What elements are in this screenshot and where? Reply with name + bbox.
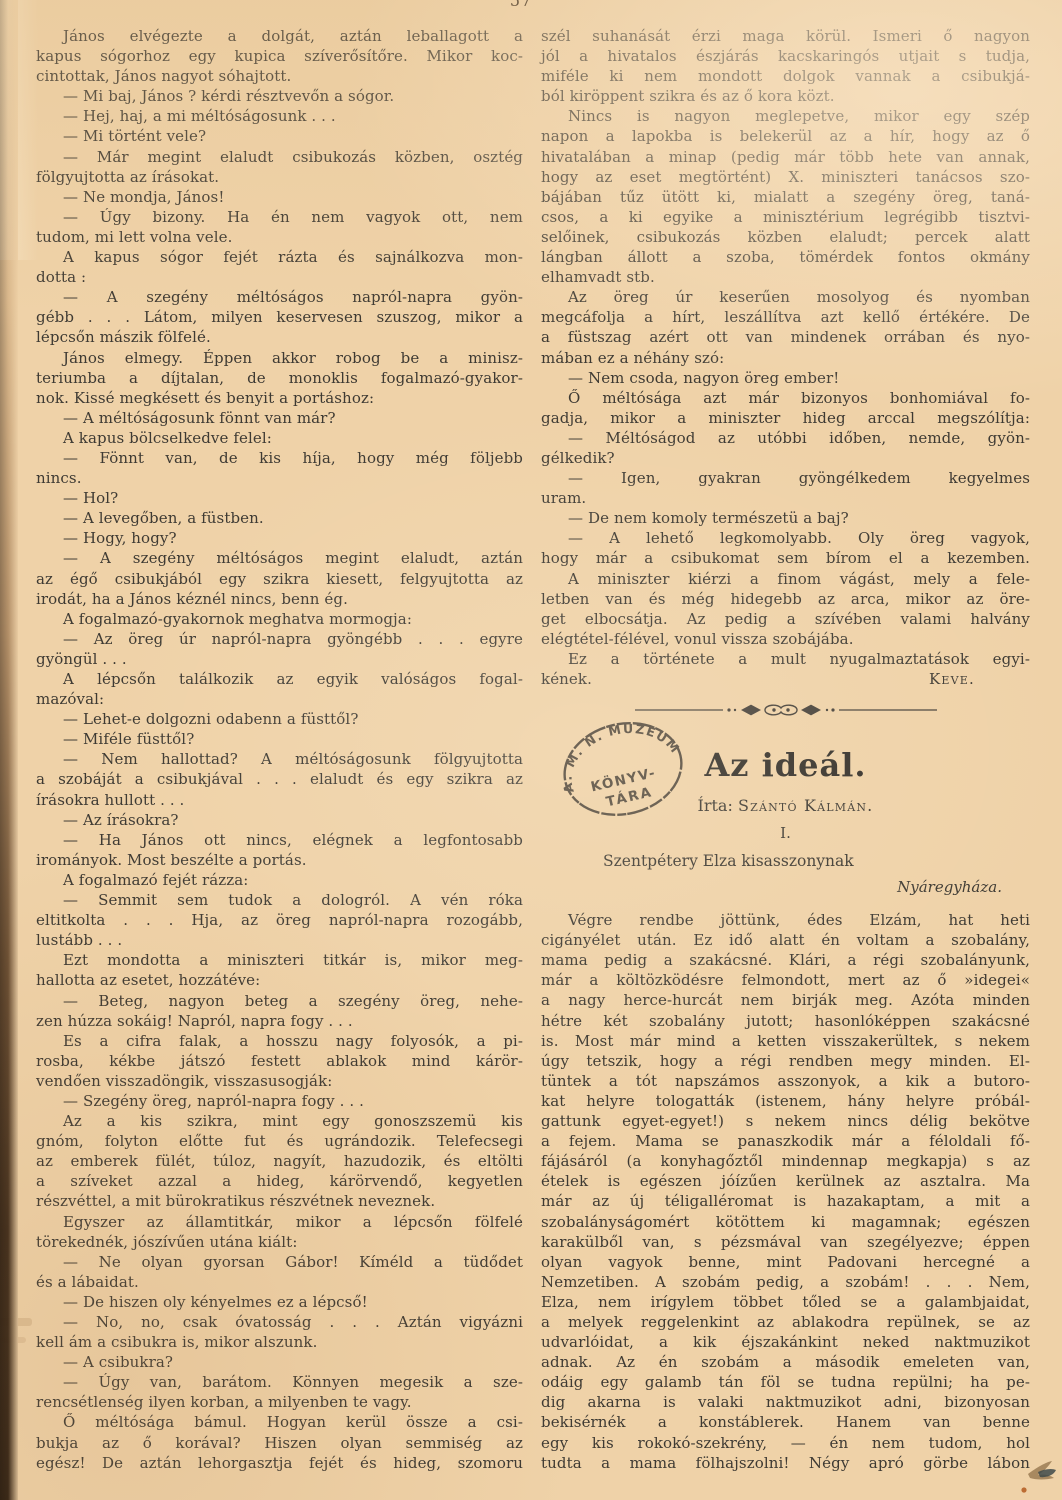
text-line: elhamvadt stb. <box>541 267 1030 287</box>
text-line: nincs. <box>36 468 523 488</box>
text-line: — De hiszen oly kényelmes ez a lépcső! <box>36 1292 523 1312</box>
text-line: — Nem csoda, nagyon öreg ember! <box>541 368 1030 388</box>
text-line: — Ne olyan gyorsan Gábor! Kíméld a tüdőd… <box>36 1252 523 1272</box>
text-line: karakülből van, s pézsmával van szegélye… <box>541 1232 1030 1252</box>
text-line: irodát, ha a János kéznél nincs, benn ég… <box>36 589 523 609</box>
text-line: letben van és még hidegebb az arca, miko… <box>541 589 1030 609</box>
text-line: — Mi baj, János ? kérdi résztvevőn a sóg… <box>36 86 523 106</box>
text-line: mazóval: <box>36 689 523 709</box>
text-line: jól a hivatalos észjárás kacskaringós ut… <box>541 46 1030 66</box>
text-line: Végre rendbe jöttünk, édes Elzám, hat he… <box>541 910 1030 930</box>
text-line: Ezt mondotta a miniszteri titkár is, mik… <box>36 950 523 970</box>
text-line: — No, no, csak óvatosság . . . Aztán vig… <box>36 1312 523 1332</box>
text-line: is. Most már mind a ketten visszakerülte… <box>541 1031 1030 1051</box>
text-line: a fejem. Mama se panaszkodik már a félol… <box>541 1131 1030 1151</box>
text-line: olyan vagyok benne, mint Padovani herceg… <box>541 1252 1030 1272</box>
text-line: szél suhanását érzi maga körül. Ismeri ő… <box>541 26 1030 46</box>
text-line: — A csibukra? <box>36 1352 523 1372</box>
text-line: get elbocsátja. Az pedig a szívében vala… <box>541 609 1030 629</box>
text-line: miféle ki nem mondott dolgok vannak a cs… <box>541 66 1030 86</box>
text-line: irományok. Most beszélte a portás. <box>36 850 523 870</box>
text-line: kat helyre tologatták (istenem, hány hel… <box>541 1091 1030 1111</box>
letter-text: Végre rendbe jöttünk, édes Elzám, hat he… <box>541 910 1030 1473</box>
text-line: udvarlóidat, a kik éjszakánkint neked na… <box>541 1332 1030 1352</box>
text-line: a szobáját a csibukjával . . . elaludt é… <box>36 769 523 789</box>
text-line: lépcsőn mászik fölfelé. <box>36 327 523 347</box>
text-line: cigányélet után. Ez idő alatt én voltam … <box>541 930 1030 950</box>
text-line: lángban állott a szoba, tömérdek fontos … <box>541 247 1030 267</box>
text-line: írásokra hullott . . . <box>36 790 523 810</box>
text-line: — Fönnt van, de kis híja, hogy még följe… <box>36 448 523 468</box>
text-line: és a lábaidat. <box>36 1272 523 1292</box>
text-line: szobalányságomért kötöttem ki magamnak; … <box>541 1212 1030 1232</box>
text-line: — Ha János ott nincs, elégnek a legfonto… <box>36 830 523 850</box>
text-line: János elvégezte a dolgát, aztán leballag… <box>36 26 523 46</box>
text-line: ételek is egészen jóízűen kerülnek az as… <box>541 1171 1030 1191</box>
text-line: az égő csibukjából egy szikra kiesett, f… <box>36 569 523 589</box>
text-line: dotta : <box>36 267 523 287</box>
text-line: cintottak, János nagyot sóhajtott. <box>36 66 523 86</box>
text-line: nok. Kissé megkésett és benyit a portásh… <box>36 388 523 408</box>
text-line: elégtétel-félével, vonul vissza szobájáb… <box>541 629 1030 649</box>
dedication-line: Szentpétery Elza kisasszonynak <box>541 851 1030 872</box>
text-line: hétre két szobalány jutott; hasonlóképpe… <box>541 1011 1030 1031</box>
text-line: törekednék, jószívűen utána kiált: <box>36 1232 523 1252</box>
story-end-text: szél suhanását érzi maga körül. Ismeri ő… <box>541 26 1030 689</box>
binding-shadow <box>0 0 18 1500</box>
text-line: hallotta az esetet, hozzátéve: <box>36 970 523 990</box>
author-signature: Keve. <box>929 669 975 689</box>
text-line: adnak. Az én szobám a második emeleten v… <box>541 1352 1030 1372</box>
text-line: — Nem hallottad? A méltóságosunk fölgyuj… <box>36 749 523 769</box>
text-line: hogy az eset megtörtént) X. miniszteri t… <box>541 167 1030 187</box>
text-line: Es a cifra falak, a hosszu nagy folyosók… <box>36 1031 523 1051</box>
text-line: — Az öreg úr napról-napra gyöngébb . . .… <box>36 629 523 649</box>
text-line: hivatalában a minap (pedig már több hete… <box>541 147 1030 167</box>
text-line: — Miféle füsttől? <box>36 729 523 749</box>
text-line: eltitkolta . . . Hja, az öreg napról-nap… <box>36 910 523 930</box>
text-line: mama pedig a szakácsné. Klári, a régi sz… <box>541 950 1030 970</box>
text-line: — Úgy bizony. Ha én nem vagyok ott, nem <box>36 207 523 227</box>
text-line: — A levegőben, a füstben. <box>36 508 523 528</box>
text-line: egy kis rokokó-szekrény, — én nem tudom,… <box>541 1433 1030 1453</box>
text-line: egész! De aztán lehorgasztja fejét és hi… <box>36 1453 523 1473</box>
text-line: bukja az ő korával? Hiszen olyan semmisé… <box>36 1433 523 1453</box>
text-line: rosba, kékbe játszó festett ablakok mind… <box>36 1051 523 1071</box>
text-line: — Ne mondja, János! <box>36 187 523 207</box>
text-line: — Hej, haj, a mi méltóságosunk . . . <box>36 106 523 126</box>
text-line: napon a lapokba is belekerül az a hír, h… <box>541 126 1030 146</box>
text-line: — Hogy, hogy? <box>36 528 523 548</box>
text-line: Egyszer az államtitkár, mikor a lépcsőn … <box>36 1212 523 1232</box>
text-line: gattunk egyet-egyet!) s nekem nincs déli… <box>541 1111 1030 1131</box>
text-line: Ez a története a mult nyugalmaztatások e… <box>541 649 1030 669</box>
text-line: mában ez a néhány szó: <box>541 348 1030 368</box>
text-line: a melyek reggelenkint az ablakodra repül… <box>541 1312 1030 1332</box>
text-line: — Semmit sem tudok a dologról. A vén rók… <box>36 890 523 910</box>
text-line: — A szegény méltóságos megint elaludt, a… <box>36 548 523 568</box>
dateline: Nyáregyháza. <box>541 877 1030 898</box>
text-line: kapus sógorhoz egy kupica szíverősítőre.… <box>36 46 523 66</box>
text-line: A kapus bölcselkedve felel: <box>36 428 523 448</box>
text-line: a füstszag azért ott van mindenek orrába… <box>541 327 1030 347</box>
text-line: tüntek a tót napszámos asszonyok, a kik … <box>541 1071 1030 1091</box>
text-line: tudta a mama fölhajszolni! Négy apró gör… <box>541 1453 1030 1473</box>
text-line: az emberek fülét, túloz, nagyít, hazudoz… <box>36 1151 523 1171</box>
text-line: a szíveket azzal a hideg, kárörvendő, ke… <box>36 1171 523 1191</box>
text-line: Nincs is nagyon meglepetve, mikor egy sz… <box>541 106 1030 126</box>
text-line: Ő méltósága bámul. Hogyan kerül össze a … <box>36 1412 523 1432</box>
text-line: gnóm, folyton előtte fut és ugrándozik. … <box>36 1131 523 1151</box>
text-line: Nemzetiben. A szobám pedig, a szobám! . … <box>541 1272 1030 1292</box>
text-line: — Már megint elaludt csibukozás közben, … <box>36 147 523 167</box>
text-line: fölgyujtotta az írásokat. <box>36 167 523 187</box>
text-line: csos, a ki egyike a minisztérium legrégi… <box>541 207 1030 227</box>
text-line: lustább . . . <box>36 930 523 950</box>
text-line: ból kiröppent szikra és az ő kora közt. <box>541 86 1030 106</box>
text-line: Elza, nem irígylem többet tőled se a gal… <box>541 1292 1030 1312</box>
text-line: vendően visszadöngik, visszasusogják: <box>36 1071 523 1091</box>
text-line: — A méltóságosunk fönnt van már? <box>36 408 523 428</box>
scanned-page: 57 János elvégezte a dolgát, aztán lebal… <box>0 0 1062 1500</box>
text-line: már az új téligalléromat is hazakaptam, … <box>541 1191 1030 1211</box>
page-number: 57 <box>506 0 536 10</box>
text-line: Az a kis szikra, mint egy gonoszszemü ki… <box>36 1111 523 1131</box>
text-line: A fogalmazó fejét rázza: <box>36 870 523 890</box>
text-line: selőinek, csibukozás közben elaludt; per… <box>541 227 1030 247</box>
text-line: gadja, mikor a miniszter hideg arccal me… <box>541 408 1030 428</box>
text-line: hogy már a csibukomat sem bírom el a kez… <box>541 548 1030 568</box>
text-line: A kapus sógor fejét rázta és sajnálkozva… <box>36 247 523 267</box>
text-line: bekisérnék a konstáblerek. Hanem van ben… <box>541 1412 1030 1432</box>
text-line: odáig egy galamb tán föl se tudna repüln… <box>541 1372 1030 1392</box>
text-line: gélkedik? <box>541 448 1030 468</box>
text-line: — Szegény öreg, napról-napra fogy . . . <box>36 1091 523 1111</box>
text-line: fájásáról (a konyhagőztől mindennap megk… <box>541 1151 1030 1171</box>
text-line: — Hol? <box>36 488 523 508</box>
text-line: kell ám a csibukra is, mikor alszunk. <box>36 1332 523 1352</box>
text-line: — Méltóságod az utóbbi időben, nemde, gy… <box>541 428 1030 448</box>
text-line: — Az írásokra? <box>36 810 523 830</box>
ink-smudge <box>1008 1448 1062 1498</box>
text-line: Ő méltósága azt már bizonyos bonhomiával… <box>541 388 1030 408</box>
text-line: a nagy herce-hurcát nem birják meg. Azót… <box>541 990 1030 1010</box>
text-line: — Beteg, nagyon beteg a szegény öreg, ne… <box>36 991 523 1011</box>
text-line: — A szegény méltóságos napról-napra gyön… <box>36 287 523 307</box>
text-line: A miniszter kiérzi a finom vágást, mely … <box>541 569 1030 589</box>
left-column: János elvégezte a dolgát, aztán leballag… <box>36 26 523 1473</box>
text-line: dig akarna is valaki naktmuzikot adni, b… <box>541 1392 1030 1412</box>
text-line: részvéttel, a mit bürokratikus részvétne… <box>36 1191 523 1211</box>
text-line: Az öreg úr keserűen mosolyog és nyomban <box>541 287 1030 307</box>
text-line: uram. <box>541 488 1030 508</box>
text-line: teriumba a díjtalan, de monoklis fogalma… <box>36 368 523 388</box>
text-line: rencsétlenség ilyen korban, a milyenben … <box>36 1392 523 1412</box>
text-line: — Lehet-e dolgozni odabenn a füsttől? <box>36 709 523 729</box>
text-line: bájában tűz ütött ki, mialatt a szegény … <box>541 187 1030 207</box>
byline-author: Szántó Kálmán. <box>738 796 874 815</box>
text-line: gyöngül . . . <box>36 649 523 669</box>
text-line: — A lehető legkomolyabb. Oly öreg vagyok… <box>541 528 1030 548</box>
text-line: — Úgy van, barátom. Könnyen megesik a sz… <box>36 1372 523 1392</box>
text-line-left: kének. <box>541 669 592 689</box>
text-line: — Mi történt vele? <box>36 126 523 146</box>
text-line: — Igen, gyakran gyöngélkedem kegyelmes <box>541 468 1030 488</box>
text-line: tudom, mi lett volna vele. <box>36 227 523 247</box>
text-line: már a költözködésre felmondott, mert az … <box>541 970 1030 990</box>
text-line: úgy tetszik, hogy a régi rendben megy mi… <box>541 1051 1030 1071</box>
text-line: A lépcsőn találkozik az egyik valóságos … <box>36 669 523 689</box>
text-line: János elmegy. Éppen akkor robog be a min… <box>36 348 523 368</box>
text-line: — De nem komoly természetü a baj? <box>541 508 1030 528</box>
text-line: A fogalmazó-gyakornok meghatva mormogja: <box>36 609 523 629</box>
text-line: kének.Keve. <box>541 669 1030 689</box>
text-line: zen húzza sokáig! Napról, napra fogy . .… <box>36 1011 523 1031</box>
text-line: megcáfolja a hírt, leszállítva azt kellő… <box>541 307 1030 327</box>
text-line: gébb . . . Látom, milyen keservesen szus… <box>36 307 523 327</box>
